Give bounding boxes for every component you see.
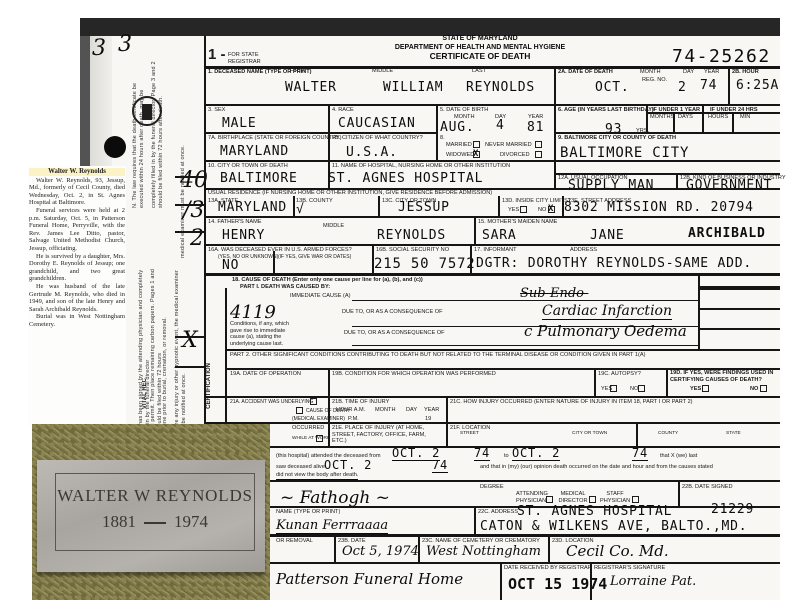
middle-label: MIDDLE [372, 68, 393, 75]
accident-label: 21a. ACCIDENT WAS UNDERLYING [230, 399, 313, 406]
day-label: DAY [683, 69, 694, 76]
birth-year: 1881 [102, 512, 136, 531]
address-line-2: CATON & WILKENS AVE, BALTO.,MD. [480, 519, 747, 534]
registrar-signature-label: REGISTRAR'S SIGNATURE [594, 565, 665, 572]
while-at-work-checkbox[interactable] [316, 435, 323, 442]
conditions-note: Conditions, if any, which gave rise to i… [230, 321, 294, 347]
birth-month: AUG. [440, 120, 475, 135]
divorced-checkbox[interactable] [535, 151, 542, 158]
informant-label: 17. INFORMANT [474, 247, 517, 254]
year-label: YEAR [424, 407, 439, 414]
residence-street: 8302 MISSION RD. 20794 [564, 200, 754, 215]
residence-label: USUAL RESIDENCE (IF NURSING HOME OR OTHE… [208, 190, 492, 197]
handwritten-mark: X [182, 328, 198, 353]
ssn-value: 215 50 7572 [374, 256, 476, 272]
part1-label: PART I. DEATH WAS CAUSED BY: [240, 284, 330, 291]
cert-text-4: and that in (my) (our) opinion death occ… [480, 464, 713, 471]
cause-b-value: Cardiac Infarction [542, 303, 672, 320]
last-seen-year: 74 [432, 458, 448, 473]
obituary-title: Walter W. Reynolds [29, 168, 125, 176]
citizen-label: 7b. CITIZEN OF WHAT COUNTRY? [332, 135, 423, 142]
attending-checkbox[interactable] [546, 496, 553, 503]
race-label: 4. RACE [332, 107, 354, 114]
marital-label: 8. [440, 135, 445, 142]
sex-label: 3. SEX [208, 107, 225, 114]
married-checkbox[interactable] [473, 141, 480, 148]
father-last: REYNOLDS [377, 228, 446, 243]
margin-number: 3 [118, 32, 132, 57]
findings-label: 19d. IF YES, WERE FINDINGS USED IN CERTI… [670, 370, 778, 383]
age-label: 6. AGE (IN YEARS LAST BIRTHDAY) [558, 107, 654, 114]
funeral-director-signature: Patterson Funeral Home [276, 570, 463, 588]
date-of-death-label: 2a. DATE OF DEATH [558, 69, 613, 76]
city-label: CITY OR TOWN [572, 431, 607, 438]
days-label: DAYS [678, 114, 693, 121]
time-of-injury-label: 21b. TIME OF INJURY [332, 399, 389, 406]
registrar-mark: 1 - [208, 52, 226, 59]
autopsy-label: 19c. AUTOPSY? [598, 371, 641, 378]
hour-label: 2b. HOUR [732, 69, 759, 76]
hospital-value: ST. AGNES HOSPITAL [328, 171, 483, 186]
last-seen-date: OCT. 2 [324, 458, 372, 472]
obituary-paragraph: Burial was in West Nottingham Cemetery. [29, 313, 125, 328]
widowed-label: WIDOWED [446, 152, 474, 159]
scan-top-edge [80, 18, 780, 36]
for-state-registrar-label: FOR STATE REGISTRAR [228, 52, 264, 65]
deceased-first-name: WALTER [285, 80, 337, 95]
residence-state: MARYLAND [218, 200, 287, 215]
mother-middle: JANE [590, 228, 625, 243]
margin-number: 3 [92, 36, 106, 61]
death-hour: 6:25A [736, 78, 779, 93]
handwritten-mark: 2 [190, 226, 204, 251]
headstone-photo: WALTER W REYNOLDS 18811974 [32, 424, 270, 600]
address-zip: 21229 [711, 502, 754, 517]
dob-label: 5. DATE OF BIRTH [440, 107, 488, 114]
last-label: LAST [472, 68, 486, 75]
state-label: STATE [726, 431, 741, 438]
physician-name: Kunan Ferrraaaa [276, 518, 388, 534]
disposition-date: Oct 5, 1974 [342, 544, 419, 559]
armed-forces-label: 16a. WAS DECEASED EVER IN U.S. ARMED FOR… [208, 247, 352, 254]
attended-to-year: 74 [632, 446, 648, 461]
certificate-title: CERTIFICATE OF DEATH [380, 52, 580, 61]
findings-yes-checkbox[interactable] [702, 385, 709, 392]
certificate-title-block: STATE OF MARYLAND DEPARTMENT OF HEALTH A… [380, 35, 580, 61]
degree-label: DEGREE [480, 484, 504, 491]
no-label: NO [750, 386, 758, 393]
year-label: YEAR [704, 69, 719, 76]
never-married-label: NEVER MARRIED [485, 142, 532, 149]
consequence-label: DUE TO, OR AS A CONSEQUENCE OF [344, 330, 445, 337]
death-year: 74 [700, 78, 717, 93]
instructions-text: N. The law requires that the death certi… [132, 58, 146, 208]
father-label: 14. FATHER'S NAME [208, 219, 262, 226]
physician-signature: ~ Fathogh ~ [280, 488, 390, 508]
baltimore-city-label: 9. BALTIMORE CITY OR COUNTY OF DEATH [558, 135, 676, 142]
armed-forces-dates-label: (IF YES, GIVE WAR OR DATES) [278, 254, 351, 261]
armed-forces-value: NO [222, 258, 239, 273]
place-of-injury-label: 21e. PLACE OF INJURY (AT HOME, STREET, F… [332, 425, 442, 445]
divorced-label: DIVORCED [500, 152, 530, 159]
obituary-paragraph: He is survived by a daughter, Mrs. Dorot… [29, 253, 125, 283]
part2-label: PART 2. OTHER SIGNIFICANT CONDITIONS CON… [230, 352, 645, 359]
registrar-signature: Lorraine Pat. [610, 574, 696, 589]
medical-director-label: MEDICAL DIRECTOR [558, 491, 588, 504]
sex-value: MALE [222, 116, 257, 131]
state-heading: STATE OF MARYLAND [380, 35, 580, 44]
inside-limits-no-checkbox[interactable] [548, 206, 555, 213]
cause-of-death-label: 18. CAUSE OF DEATH (Enter only one cause… [232, 277, 423, 284]
operation-date-label: 19a. DATE OF OPERATION [230, 371, 301, 378]
never-married-checkbox[interactable] [535, 141, 542, 148]
punch-hole [104, 136, 126, 158]
staff-checkbox[interactable] [632, 496, 639, 503]
middle-label: MIDDLE [323, 223, 344, 230]
no-label: NO [538, 207, 546, 214]
cemetery-location: Cecil Co. Md. [566, 542, 669, 560]
mother-first: SARA [482, 228, 517, 243]
headstone-inscription: WALTER W REYNOLDS 18811974 [55, 473, 255, 551]
city-of-death-label: 10. CITY OR TOWN OF DEATH [208, 163, 288, 170]
attended-to-date: OCT. 2 [512, 446, 560, 461]
operation-condition-label: 19b. CONDITION FOR WHICH OPERATION WAS P… [332, 371, 496, 378]
business-value: GOVERNMENT [686, 178, 772, 193]
cause-code: 4119 [230, 302, 276, 323]
while-at-work-label: WHILE AT WORK [292, 436, 330, 443]
address-label: 22c. ADDRESS [478, 509, 518, 516]
date-signed-label: 22b. DATE SIGNED [682, 484, 733, 491]
to-label: to [504, 453, 509, 460]
residence-city: JESSUP [398, 200, 450, 215]
dash [144, 522, 166, 524]
attended-from-year: 74 [474, 446, 490, 461]
first-label: FIRST [290, 68, 306, 75]
street-label: STREET [460, 431, 479, 438]
instructions-text: Hygiene prior to burial, cremation, or r… [162, 268, 169, 438]
cert-text-2: that X (we) last [660, 453, 697, 460]
yes-label: YES [508, 207, 519, 214]
residence-county: √ [296, 202, 305, 217]
month-label: MONTH [375, 407, 396, 414]
hospital-label: 11. NAME OF HOSPITAL, NURSING HOME OR OT… [332, 163, 510, 170]
mother-label: 15. MOTHER'S MAIDEN NAME [478, 219, 557, 226]
instructions-text: completely filled in by the funeral dire… [151, 58, 165, 208]
obituary-paragraph: He was husband of the late Gertrude M. R… [29, 283, 125, 313]
occurred-label: OCCURRED [292, 425, 324, 432]
birth-day: 4 [496, 118, 505, 133]
accident-checkbox[interactable] [310, 398, 317, 405]
instructions-text: If there any injury or other hypnotic ev… [174, 268, 188, 438]
informant-value: DGTR: DOROTHY REYNOLDS-SAME ADD. [476, 256, 752, 271]
ssn-label: 16b. SOCIAL SECURITY NO [376, 247, 449, 254]
consequence-label: DUE TO, OR AS A CONSEQUENCE OF [342, 309, 443, 316]
cert-text-5: did not view the body after death. [276, 472, 358, 480]
birth-year: 81 [527, 120, 544, 135]
birthplace-label: 7a. BIRTHPLACE (STATE OR FOREIGN COUNTRY… [208, 135, 342, 142]
vital-records-label: VITAL REC [142, 378, 148, 409]
city-of-death-value: BALTIMORE [220, 171, 298, 186]
yes-label: YES [690, 386, 701, 393]
cert-text-3: saw deceased alive [276, 464, 325, 471]
attending-label: ATTENDING PHYSICIAN [516, 491, 546, 504]
autopsy-yes-checkbox[interactable] [610, 385, 617, 392]
day-label: DAY [406, 407, 417, 414]
address-line-1: ST. AGNES HOSPITAL [517, 504, 672, 519]
hours-label: HOURS [708, 114, 728, 121]
deceased-last-name: REYNOLDS [466, 80, 535, 95]
certification-side-label: CERTIFICATION [206, 363, 212, 409]
county-label: COUNTY [658, 431, 678, 438]
handwritten-mark: /3 [183, 198, 204, 223]
inside-limits-label: 13d. INSIDE CITY LIMITS? [502, 198, 571, 205]
immediate-cause-label: IMMEDIATE CAUSE (a) [290, 293, 351, 300]
medical-director-checkbox[interactable] [589, 496, 596, 503]
reg-no-label: REG. NO. [642, 77, 667, 84]
headstone: WALTER W REYNOLDS 18811974 [37, 460, 265, 572]
hour-am-label: HOUR A.M. [336, 407, 365, 414]
received-date: OCT 15 1974 [508, 575, 607, 593]
cause-c-value: c Pulmonary Oedema [524, 322, 687, 340]
autopsy-no-checkbox[interactable] [638, 385, 645, 392]
widowed-checkbox[interactable] [473, 151, 480, 158]
citizen-value: U.S.A. [346, 145, 398, 160]
married-label: MARRIED [446, 142, 472, 149]
month-label: MONTH [640, 69, 661, 76]
death-day: 2 [678, 80, 687, 95]
informant-address-label: ADDRESS [570, 247, 597, 254]
months-label: MONTHS [650, 114, 674, 121]
name-label: NAME (TYPE OR PRINT) [276, 509, 340, 516]
reg-no-value: 74-25262 [672, 46, 771, 67]
how-injury-label: 21c. HOW INJURY OCCURRED (ENTER NATURE O… [450, 399, 693, 406]
mother-last: ARCHIBALD [688, 226, 766, 241]
obituary-paragraph: Funeral services were held at 2 p.m. Sat… [29, 207, 125, 253]
death-month: OCT. [595, 80, 630, 95]
race-value: CAUCASIAN [338, 116, 416, 131]
occupation-value: SUPPLY MAN [568, 178, 654, 193]
headstone-years: 18811974 [56, 512, 254, 532]
obituary-clipping: Walter W. Reynolds Walter W. Reynolds, 9… [28, 166, 126, 426]
immediate-cause-value: Sub-Endo- [520, 286, 588, 301]
staff-label: STAFF PHYSICIAN [600, 491, 630, 504]
removal-label: OR REMOVAL [276, 538, 313, 545]
inside-limits-yes-checkbox[interactable] [520, 206, 527, 213]
cause-of-death-checkbox[interactable] [296, 407, 303, 414]
birthplace-value: MARYLAND [220, 144, 289, 159]
death-year: 1974 [174, 512, 208, 531]
min-label: MIN [740, 114, 750, 121]
father-first: HENRY [222, 228, 265, 243]
received-label: DATE RECEIVED BY REGISTRAR [504, 565, 592, 572]
deceased-middle-name: WILLIAM [383, 80, 443, 95]
findings-no-checkbox[interactable] [760, 385, 767, 392]
cemetery-value: West Nottingham [426, 544, 541, 559]
baltimore-city-value: BALTIMORE CITY [560, 145, 689, 161]
obituary-paragraph: Walter W. Reynolds, 93, Jessup, Md., for… [29, 177, 125, 207]
headstone-name: WALTER W REYNOLDS [56, 486, 254, 506]
